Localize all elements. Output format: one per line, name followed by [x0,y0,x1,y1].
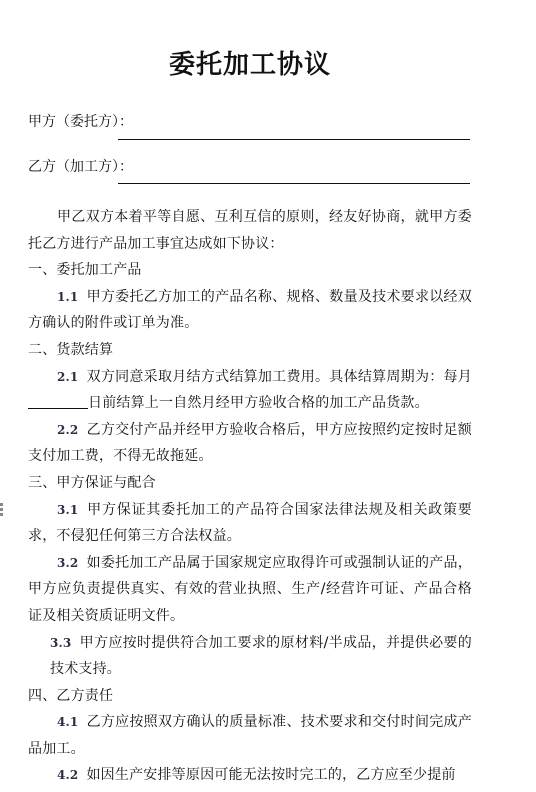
clause-text: 甲方委托乙方加工的产品名称、规格、数量及技术要求以经双方确认的附件或订单为准。 [28,289,472,332]
party-b-signature-line[interactable] [118,183,470,184]
clause-text: 乙方应按照双方确认的质量标准、技术要求和交付时间完成产品加工。 [28,714,472,757]
clause-number: 3.2 [57,556,78,570]
clause-text: 如因生产安排等原因可能无法按时完工的，乙方应至少提前 [86,767,455,783]
clause-3-3: 3.3甲方应按时提供符合加工要求的原材料/半成品，并提供必要的技术支持。 [28,630,472,683]
intro-paragraph: 甲乙双方本着平等自愿、互利互信的原则，经友好协商，就甲方委托乙方进行产品加工事宜… [28,204,472,257]
document-page: 委托加工协议 甲方（委托方）： 乙方（加工方）： 甲乙双方本着平等自愿、互利互信… [0,0,536,792]
clause-text: 甲方应按时提供符合加工要求的原材料/半成品，并提供必要的技术支持。 [50,635,472,678]
clause-text: 如委托加工产品属于国家规定应取得许可或强制认证的产品，甲方应负责提供真实、有效的… [28,555,472,624]
section-heading: 四、乙方责任 [28,683,472,710]
clause-number: 2.2 [57,423,78,437]
clause-number: 4.2 [57,768,78,782]
clause-number: 1.1 [57,290,78,304]
clause-2-2: 2.2乙方交付产品并经甲方验收合格后，甲方应按照约定按时足额支付加工费，不得无故… [28,417,472,470]
document-title: 委托加工协议 [0,44,500,81]
clause-text: 日前结算上一自然月经甲方验收合格的加工产品货款。 [88,395,429,411]
drag-handle-icon[interactable] [0,503,3,517]
clause-2-1: 2.1双方同意采取月结方式结算加工费用。具体结算周期为：每月日前结算上一自然月经… [28,364,472,417]
clause-3-1: 3.1甲方保证其委托加工的产品符合国家法律法规及相关政策要求，不侵犯任何第三方合… [28,497,472,550]
clause-1-1: 1.1甲方委托乙方加工的产品名称、规格、数量及技术要求以经双方确认的附件或订单为… [28,284,472,337]
clause-4-2: 4.2如因生产安排等原因可能无法按时完工的，乙方应至少提前 [28,762,472,789]
section-heading: 三、甲方保证与配合 [28,470,472,497]
section-heading: 二、货款结算 [28,337,472,364]
party-a-signature-line[interactable] [118,139,470,140]
party-a-label: 甲方（委托方）： [28,112,133,132]
section-heading: 一、委托加工产品 [28,257,472,284]
clause-number: 3.3 [50,636,71,650]
clause-number: 3.1 [57,503,78,517]
clause-number: 2.1 [57,370,78,384]
clause-3-2: 3.2如委托加工产品属于国家规定应取得许可或强制认证的产品，甲方应负责提供真实、… [28,550,472,630]
clause-text: 双方同意采取月结方式结算加工费用。具体结算周期为：每月 [86,369,472,385]
settlement-day-blank[interactable] [28,394,88,409]
clause-4-1: 4.1乙方应按照双方确认的质量标准、技术要求和交付时间完成产品加工。 [28,709,472,762]
clause-number: 4.1 [57,715,78,729]
agreement-body: 甲乙双方本着平等自愿、互利互信的原则，经友好协商，就甲方委托乙方进行产品加工事宜… [28,204,472,789]
clause-text: 乙方交付产品并经甲方验收合格后，甲方应按照约定按时足额支付加工费，不得无故拖延。 [28,422,472,465]
party-b-label: 乙方（加工方）： [28,157,133,177]
clause-text: 甲方保证其委托加工的产品符合国家法律法规及相关政策要求，不侵犯任何第三方合法权益… [28,502,472,545]
